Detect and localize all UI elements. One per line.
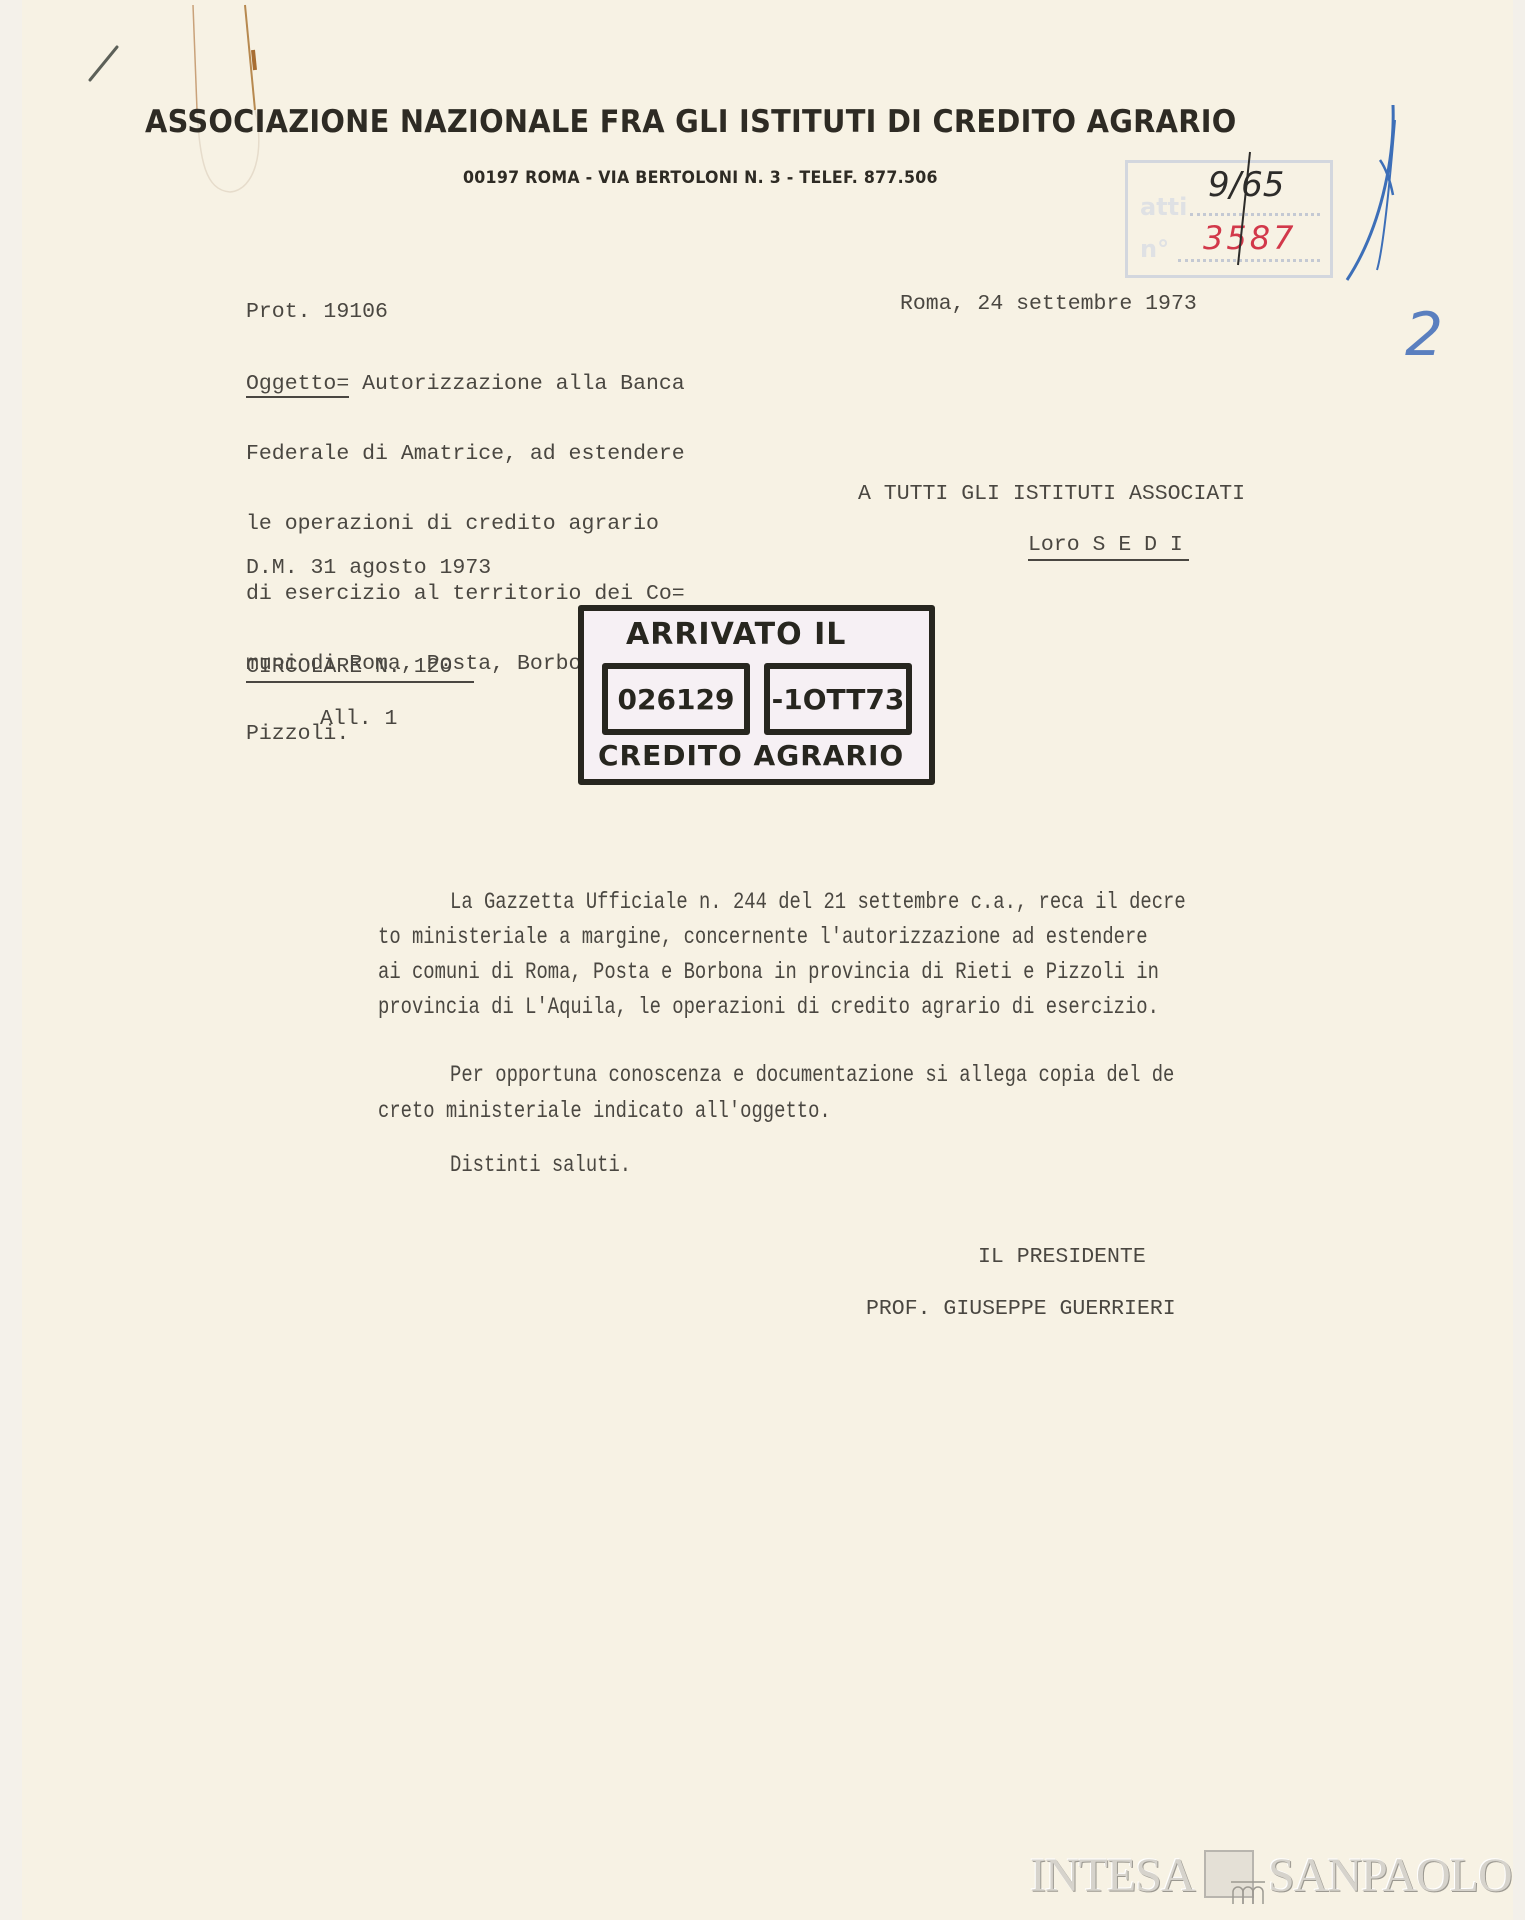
decree-date: D.M. 31 agosto 1973: [246, 556, 491, 580]
page-edge: [1513, 0, 1525, 1920]
staple-mark-icon: [85, 42, 125, 87]
blue-handwritten-number: 2: [1405, 300, 1443, 370]
body-paragraph-1-line: La Gazzetta Ufficiale n. 244 del 21 sett…: [450, 885, 1186, 919]
arrival-stamp-footer: CREDITO AGRARIO: [598, 739, 904, 772]
subject-line: Federale di Amatrice, ad estendere: [246, 437, 685, 471]
pen-stroke-icon: [1230, 150, 1260, 270]
arrival-stamp-date: -1OTT73: [764, 663, 912, 735]
registry-stamp: atti n° 9/65 3587: [1125, 160, 1333, 278]
signature-name: PROF. GIUSEPPE GUERRIERI: [866, 1297, 1176, 1321]
arrival-stamp-title: ARRIVATO IL: [626, 617, 846, 652]
subject-line: Autorizzazione alla Banca: [349, 372, 684, 396]
logo-arches-icon: [1204, 1850, 1254, 1898]
recipient-sub: Loro S E D I: [1028, 533, 1189, 561]
subject-line: le operazioni di credito agrario: [246, 507, 685, 541]
blue-check-mark-icon: [1335, 100, 1415, 290]
body-paragraph-2-line: Per opportuna conoscenza e documentazion…: [450, 1058, 1174, 1092]
body-paragraph-1-line: ai comuni di Roma, Posta e Borbona in pr…: [378, 955, 1159, 989]
protocol-number: Prot. 19106: [246, 300, 388, 324]
registry-label-atti: atti: [1140, 193, 1187, 221]
body-paragraph-1-line: provincia di L'Aquila, le operazioni di …: [378, 990, 1159, 1024]
body-paragraph-2-line: creto ministeriale indicato all'oggetto.: [378, 1094, 831, 1128]
subject-label: Oggetto=: [246, 372, 349, 398]
logo-text-sanpaolo: SANPAOLO: [1268, 1848, 1512, 1903]
body-paragraph-1-line: to ministeriale a margine, concernente l…: [378, 920, 1148, 954]
arrival-stamp: ARRIVATO IL 026129 -1OTT73 CREDITO AGRAR…: [578, 605, 935, 785]
logo-text-intesa: INTESA: [1030, 1848, 1195, 1903]
letterhead-title: ASSOCIAZIONE NAZIONALE FRA GLI ISTITUTI …: [145, 104, 1237, 140]
place-date: Roma, 24 settembre 1973: [900, 292, 1197, 316]
signature-role: IL PRESIDENTE: [978, 1245, 1146, 1269]
rust-stain-icon: [185, 0, 265, 200]
letterhead-address: 00197 ROMA - VIA BERTOLONI N. 3 - TELEF.…: [463, 168, 938, 188]
arrival-stamp-number: 026129: [602, 663, 750, 735]
closing-salutation: Distinti saluti.: [450, 1148, 631, 1182]
attachment-count: All. 1: [320, 707, 397, 731]
circular-number: CIRCOLARE N. 120: [246, 655, 474, 683]
registry-label-n: n°: [1140, 235, 1169, 263]
recipient: A TUTTI GLI ISTITUTI ASSOCIATI: [858, 482, 1245, 506]
